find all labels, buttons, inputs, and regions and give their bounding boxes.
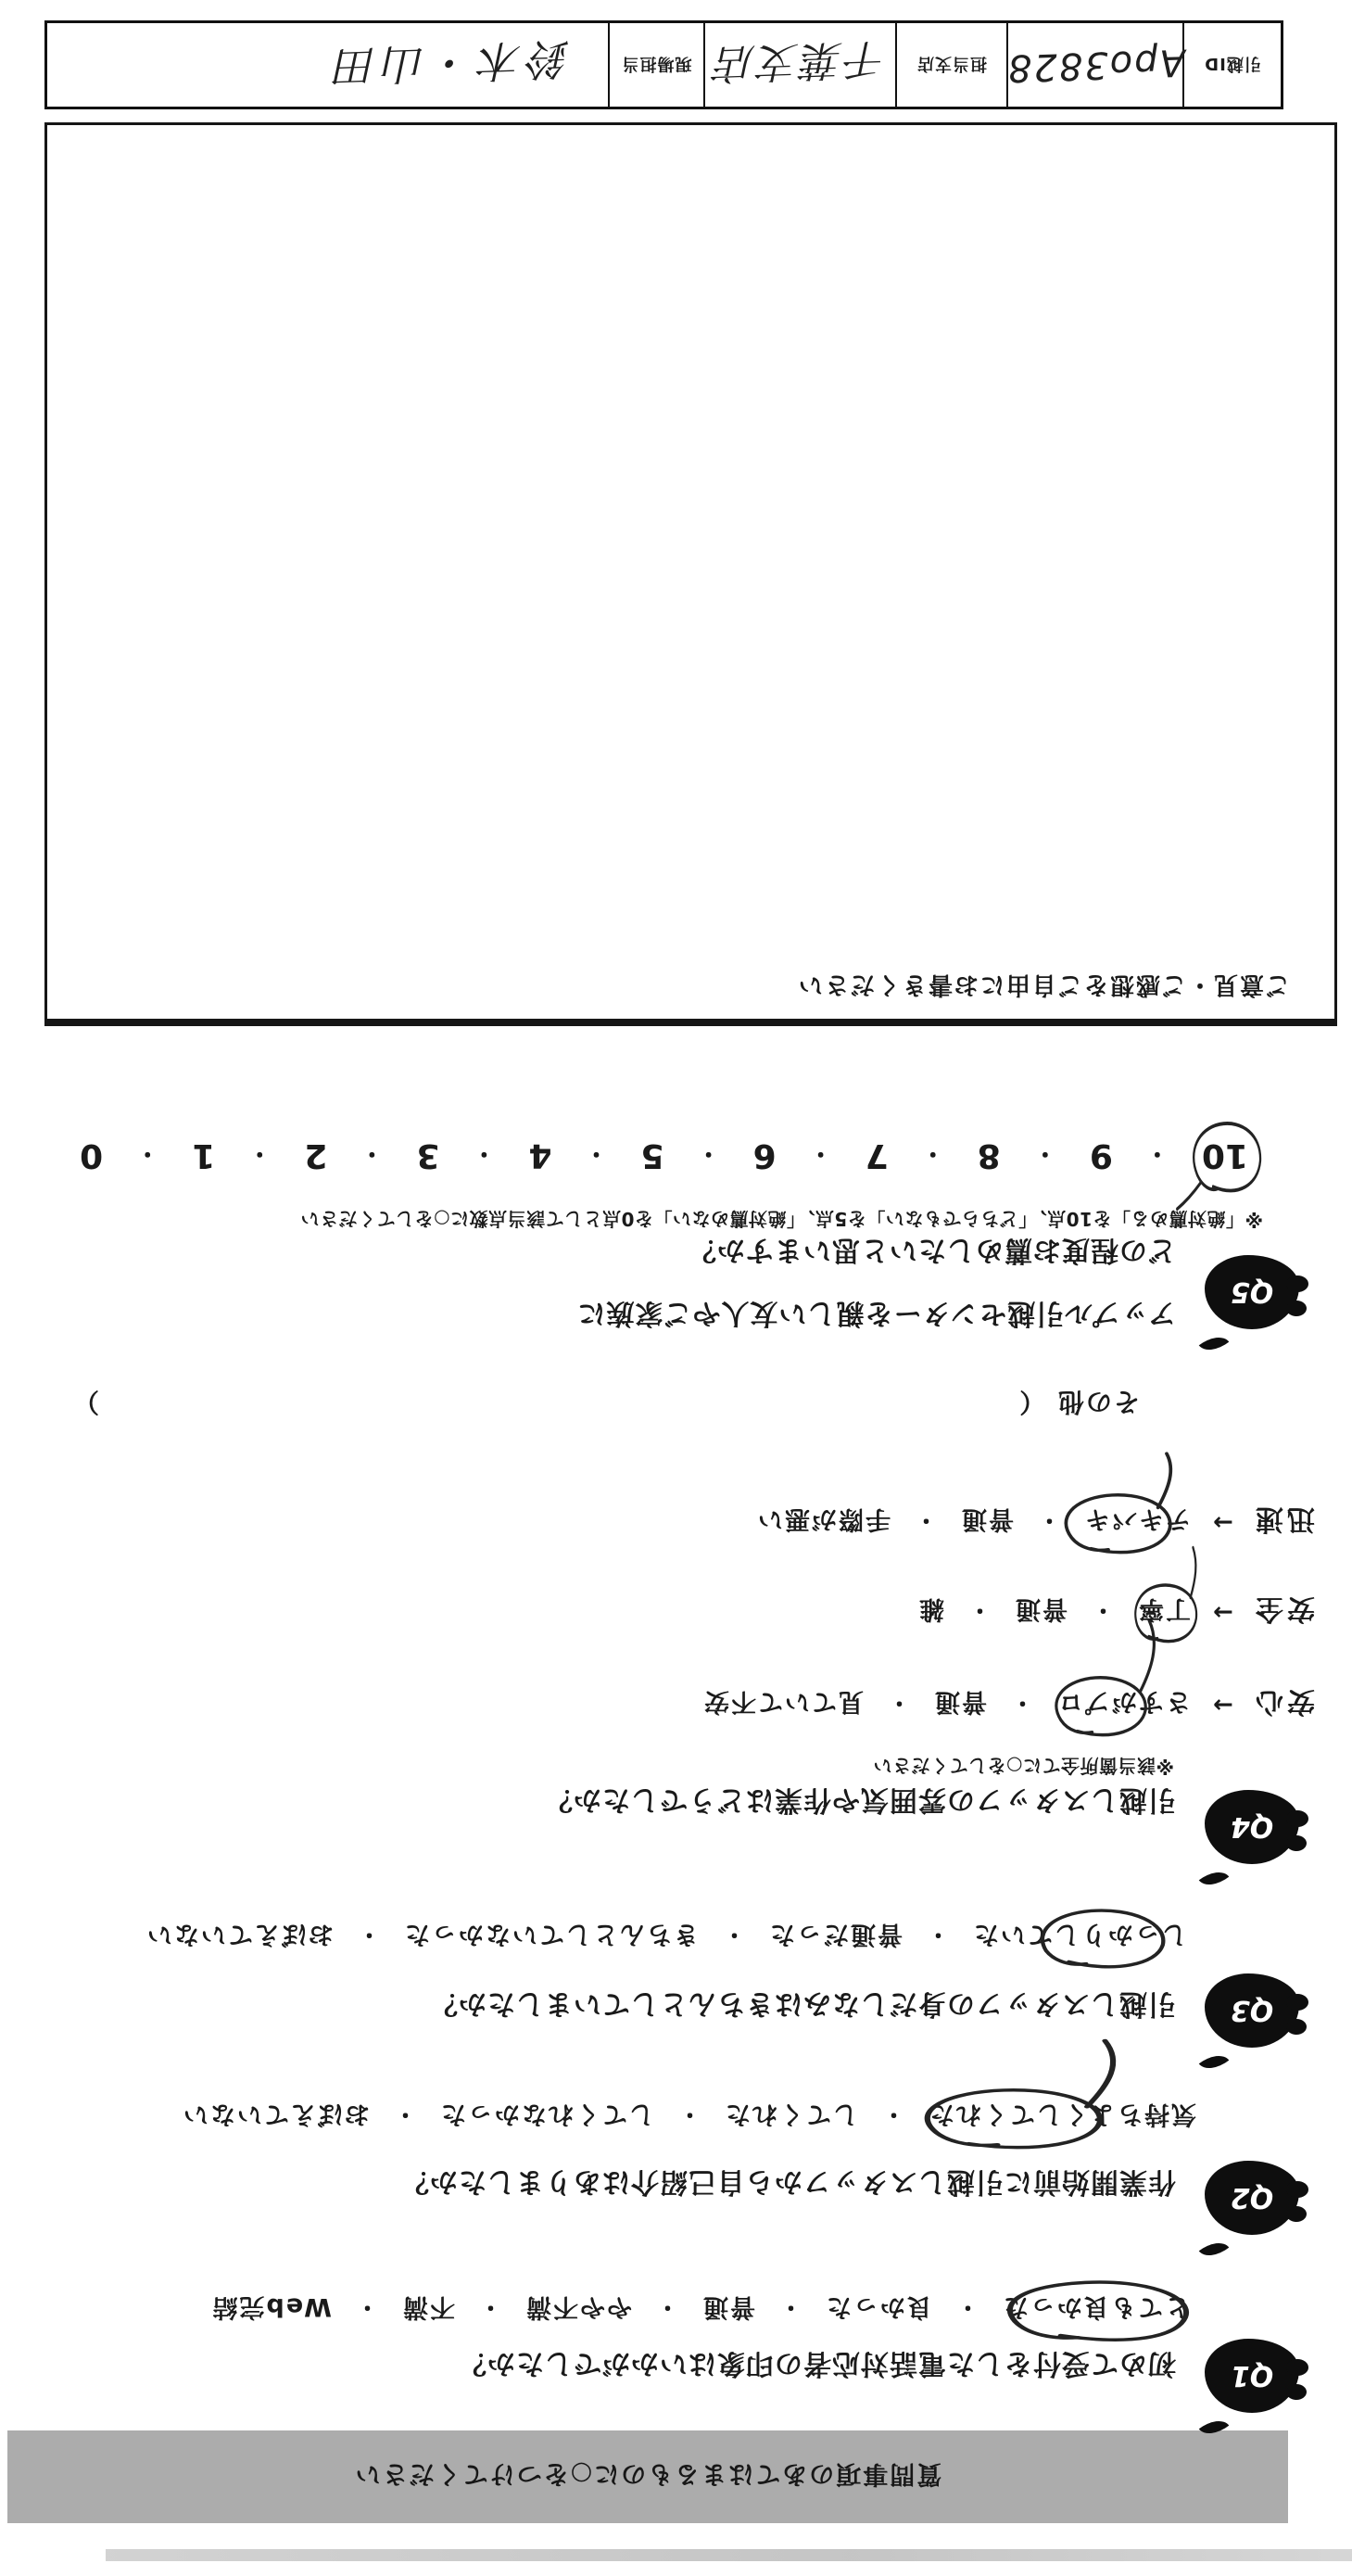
q3-badge: Q3 [1205,1973,1299,2048]
option-separator: ・ [477,2293,502,2327]
q4-row-label: 安全 [1245,1592,1315,1632]
q4-badge-label: Q4 [1205,1790,1299,1864]
q1-option-5: 不満 [401,2291,455,2328]
q4-row1-option-2: 普通 [933,1687,987,1723]
scanned-survey-sheet: 質問事項のあてはまるものに○をつけてください Q1 初めて受付をした電話対応者の… [0,0,1352,2576]
q1-badge-label: Q1 [1205,2339,1299,2413]
scale-4: 4 [528,1136,551,1174]
nps-rating-scale: 10 ・ 9 ・ 8 ・ 7 ・ 6 ・ 5 ・ 4 ・ 3 ・ 2 ・ 1 ・… [88,1136,1248,1174]
q4-row3-option-2: 普通 [960,1504,1014,1541]
option-separator: ・ [880,2100,905,2134]
leaf-icon [1199,1864,1230,1893]
option-separator: ・ [354,2293,379,2327]
leaf-icon [1199,2048,1230,2076]
leaf-icon [1199,1329,1230,1358]
scan-edge-artifact [106,2549,1352,2561]
q1-badge: Q1 [1205,2339,1299,2413]
scale-separator: ・ [247,1138,272,1173]
q1-option-6: Web完結 [210,2291,331,2328]
scale-2: 2 [304,1136,327,1174]
q1-options-row: とても良かった ・ 良かった ・ 普通 ・ やや不満 ・ 不満 ・ Web完結 [210,2291,1190,2328]
arrow-right-icon: → [1206,1691,1239,1719]
q3-option-4: おぼえていない [145,1919,334,1955]
q4-row2-option-2: 普通 [1014,1594,1068,1631]
q4-question-text: 引越しスタッフの雰囲気や作業はどうでしたか？ [544,1783,1176,1823]
scale-separator: ・ [584,1138,608,1173]
option-separator: ・ [967,1595,992,1629]
arrow-right-icon: → [1206,1508,1239,1536]
q4-row-anzen: 安全 → 丁寧 ・ 普通 ・ 雑 [0,1592,1352,1632]
scale-separator: ・ [697,1138,721,1173]
option-separator: ・ [925,1921,950,1954]
q5-note: ※「絶対薦める」を10点、「どちらでもない」を5点、「絶対薦めない」を0点として… [300,1207,1263,1234]
scale-separator: ・ [360,1138,384,1173]
q2-option-4: おぼえていない [182,2099,370,2135]
leaf-icon [1199,2235,1230,2264]
option-separator: ・ [1090,1595,1115,1629]
scale-9: 9 [1090,1136,1113,1174]
q3-question-text: 引越しスタッフの身だしなみはきちんとしていましたか？ [429,1986,1176,2027]
q3-badge-label: Q3 [1205,1973,1299,2048]
footer-table: 引越ID Apo3828 担当支店 千葉支店 現場担当 鈴木・山田 [44,20,1283,109]
scale-separator: ・ [135,1138,159,1173]
q4-row1-option-1: さすがプロ [1056,1687,1191,1723]
q5-badge-label: Q5 [1205,1255,1299,1329]
q3-option-2: 普通だった [768,1919,903,1955]
q1-option-3: 普通 [701,2291,755,2328]
q4-row-label: 安心 [1245,1684,1315,1725]
option-separator: ・ [392,2100,417,2134]
scale-6: 6 [753,1136,777,1174]
q1-option-4: やや不満 [524,2291,632,2328]
scale-3: 3 [416,1136,439,1174]
q4-other-label: その他 [1056,1387,1140,1417]
scale-5: 5 [641,1136,664,1174]
q4-row3-option-1: テキパキ [1083,1504,1191,1541]
q4-row-label: 迅速 [1245,1502,1315,1542]
q2-option-2: してくれた [724,2099,858,2135]
q4-row3-option-3: 手際が悪い [756,1504,891,1541]
q2-badge-label: Q2 [1205,2161,1299,2235]
q4-other-open-paren: （ [1017,1387,1045,1417]
moving-id-label: 引越ID [1184,23,1281,107]
q3-option-1: しっかりしていた [972,1919,1187,1955]
q2-badge: Q2 [1205,2161,1299,2235]
option-separator: ・ [954,2293,979,2327]
q5-badge: Q5 [1205,1255,1299,1329]
comment-box: ご意見・ご感想をご自由にお書きください [44,122,1337,1026]
moving-id-value: Apo3828 [1008,23,1184,107]
q5-question-line2: どの程度お薦めしたいと思いますか？ [688,1233,1176,1274]
scale-separator: ・ [921,1138,945,1173]
option-separator: ・ [676,2100,701,2134]
option-separator: ・ [1036,1505,1061,1539]
q4-badge: Q4 [1205,1790,1299,1864]
option-separator: ・ [654,2293,679,2327]
site-staff-value: 鈴木・山田 [47,23,610,107]
scale-separator: ・ [809,1138,833,1173]
q4-row2-option-1: 丁寧 [1137,1594,1191,1631]
q2-option-3: してくれなかった [439,2099,654,2135]
option-separator: ・ [1009,1688,1034,1721]
q4-note: ※該当箇所全てに○をしてください [873,1754,1174,1781]
option-separator: ・ [913,1505,938,1539]
q5-question-line1: アップル引越センターを親しい友人やご家族に [577,1296,1177,1337]
q1-question-text: 初めて受付をした電話対応者の印象はいかがでしたか？ [458,2346,1176,2387]
q3-option-3: きちんとしていなかった [403,1919,699,1955]
scale-1: 1 [192,1136,215,1174]
q2-options-row: 気持ちよくしてくれた ・ してくれた ・ してくれなかった ・ おぼえていない [182,2099,1196,2135]
scale-7: 7 [866,1136,889,1174]
option-separator: ・ [886,1688,911,1721]
comment-box-label: ご意見・ご感想をご自由にお書きください [47,970,1334,1019]
q4-row-anshin: 安心 → さすがプロ ・ 普通 ・ 見ていて不安 [0,1684,1352,1725]
q4-other-row: その他 （ ） [0,1370,1352,1422]
arrow-right-icon: → [1206,1598,1239,1626]
q3-options-row: しっかりしていた ・ 普通だった ・ きちんとしていなかった ・ おぼえていない [145,1919,1187,1955]
option-separator: ・ [777,2293,802,2327]
scale-separator: ・ [1145,1138,1169,1173]
scale-separator: ・ [472,1138,496,1173]
q4-row1-option-3: 見ていて不安 [702,1687,864,1723]
instruction-bar-text: 質問事項のあてはまるものに○をつけてください [354,2459,942,2495]
option-separator: ・ [356,1921,381,1954]
q4-row2-option-3: 雑 [917,1594,944,1631]
branch-value: 千葉支店 [705,23,897,107]
q1-option-2: 良かった [825,2291,932,2328]
instruction-bar: 質問事項のあてはまるものに○をつけてください [7,2430,1288,2523]
scale-0: 0 [80,1136,103,1174]
scale-10: 10 [1202,1136,1248,1174]
q2-option-1: 気持ちよくしてくれた [928,2099,1196,2135]
site-staff-label: 現場担当 [610,23,705,107]
q1-option-1: とても良かった [1002,2291,1190,2328]
option-separator: ・ [721,1921,746,1954]
scale-8: 8 [978,1136,1001,1174]
q4-other-close-paren: ） [73,1385,99,1422]
scale-separator: ・ [1033,1138,1057,1173]
q2-question-text: 作業開始前に引越しスタッフから自己紹介はありましたか？ [400,2164,1176,2205]
branch-label: 担当支店 [897,23,1008,107]
q4-row-jinsoku: 迅速 → テキパキ ・ 普通 ・ 手際が悪い [0,1502,1352,1542]
